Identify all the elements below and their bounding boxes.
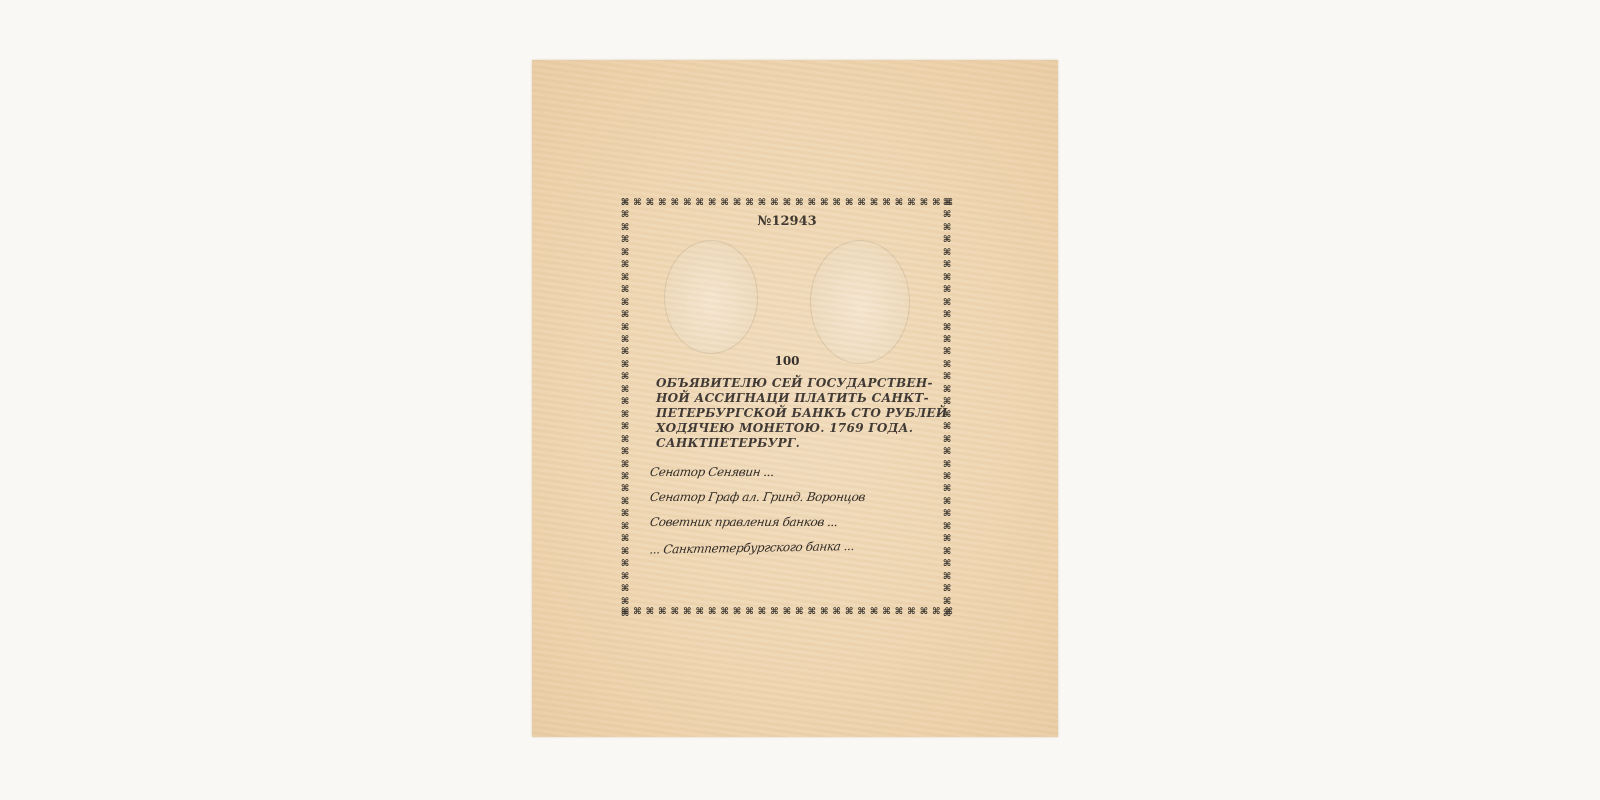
ornament-glyph: ⌘ bbox=[857, 198, 867, 208]
ornament-glyph: ⌘ bbox=[620, 210, 630, 220]
ornament-glyph: ⌘ bbox=[620, 484, 630, 494]
ornamental-frame: ⌘⌘⌘⌘⌘⌘⌘⌘⌘⌘⌘⌘⌘⌘⌘⌘⌘⌘⌘⌘⌘⌘⌘⌘⌘⌘⌘ ⌘⌘⌘⌘⌘⌘⌘⌘⌘⌘⌘⌘… bbox=[620, 198, 954, 619]
ornament-glyph: ⌘ bbox=[942, 397, 952, 407]
ornament-glyph: ⌘ bbox=[620, 497, 630, 507]
signature-line: Сенатор Сенявин ... bbox=[648, 460, 952, 485]
promissory-text: Объявителю сей государствен- ной ассигна… bbox=[656, 376, 946, 451]
ornament-glyph: ⌘ bbox=[620, 385, 630, 395]
ornament-glyph: ⌘ bbox=[794, 607, 804, 617]
ornament-glyph: ⌘ bbox=[645, 198, 655, 208]
ornament-glyph: ⌘ bbox=[944, 607, 954, 617]
frame-top-border: ⌘⌘⌘⌘⌘⌘⌘⌘⌘⌘⌘⌘⌘⌘⌘⌘⌘⌘⌘⌘⌘⌘⌘⌘⌘⌘⌘ bbox=[620, 198, 954, 210]
ornament-glyph: ⌘ bbox=[620, 559, 630, 569]
ornament-glyph: ⌘ bbox=[906, 607, 916, 617]
ornament-glyph: ⌘ bbox=[807, 607, 817, 617]
ornament-glyph: ⌘ bbox=[620, 609, 630, 619]
ornament-glyph: ⌘ bbox=[794, 198, 804, 208]
ornament-glyph: ⌘ bbox=[769, 198, 779, 208]
ornament-glyph: ⌘ bbox=[682, 607, 692, 617]
ornament-glyph: ⌘ bbox=[732, 607, 742, 617]
ornament-glyph: ⌘ bbox=[882, 198, 892, 208]
ornament-glyph: ⌘ bbox=[819, 198, 829, 208]
ornament-glyph: ⌘ bbox=[670, 607, 680, 617]
ornament-glyph: ⌘ bbox=[645, 607, 655, 617]
ornament-glyph: ⌘ bbox=[919, 607, 929, 617]
left-medallion-emblem bbox=[664, 240, 758, 354]
ornament-glyph: ⌘ bbox=[707, 607, 717, 617]
ornament-glyph: ⌘ bbox=[695, 198, 705, 208]
ornament-glyph: ⌘ bbox=[657, 198, 667, 208]
ornament-glyph: ⌘ bbox=[720, 607, 730, 617]
ornament-glyph: ⌘ bbox=[819, 607, 829, 617]
ornament-glyph: ⌘ bbox=[620, 422, 630, 432]
ornament-glyph: ⌘ bbox=[919, 198, 929, 208]
frame-right-border: ⌘⌘⌘⌘⌘⌘⌘⌘⌘⌘⌘⌘⌘⌘⌘⌘⌘⌘⌘⌘⌘⌘⌘⌘⌘⌘⌘⌘⌘⌘⌘⌘⌘⌘ bbox=[942, 198, 954, 619]
frame-left-border: ⌘⌘⌘⌘⌘⌘⌘⌘⌘⌘⌘⌘⌘⌘⌘⌘⌘⌘⌘⌘⌘⌘⌘⌘⌘⌘⌘⌘⌘⌘⌘⌘⌘⌘ bbox=[620, 198, 632, 619]
ornament-glyph: ⌘ bbox=[620, 509, 630, 519]
ornament-glyph: ⌘ bbox=[620, 410, 630, 420]
ornament-glyph: ⌘ bbox=[695, 607, 705, 617]
ornament-glyph: ⌘ bbox=[620, 447, 630, 457]
ornament-glyph: ⌘ bbox=[942, 248, 952, 258]
text-line: Объявителю сей государствен- bbox=[656, 376, 946, 391]
ornament-glyph: ⌘ bbox=[657, 607, 667, 617]
ornament-glyph: ⌘ bbox=[620, 372, 630, 382]
ornament-glyph: ⌘ bbox=[942, 310, 952, 320]
ornament-glyph: ⌘ bbox=[620, 522, 630, 532]
ornament-glyph: ⌘ bbox=[844, 198, 854, 208]
ornament-glyph: ⌘ bbox=[620, 435, 630, 445]
ornament-glyph: ⌘ bbox=[620, 198, 630, 208]
ornament-glyph: ⌘ bbox=[942, 534, 952, 544]
ornament-glyph: ⌘ bbox=[670, 198, 680, 208]
ornament-glyph: ⌘ bbox=[942, 447, 952, 457]
ornament-glyph: ⌘ bbox=[894, 607, 904, 617]
ornament-glyph: ⌘ bbox=[782, 607, 792, 617]
ornament-glyph: ⌘ bbox=[632, 607, 642, 617]
frame-bottom-border: ⌘⌘⌘⌘⌘⌘⌘⌘⌘⌘⌘⌘⌘⌘⌘⌘⌘⌘⌘⌘⌘⌘⌘⌘⌘⌘⌘ bbox=[620, 607, 954, 619]
ornament-glyph: ⌘ bbox=[620, 335, 630, 345]
ornament-glyph: ⌘ bbox=[942, 547, 952, 557]
ornament-glyph: ⌘ bbox=[942, 385, 952, 395]
ornament-glyph: ⌘ bbox=[620, 472, 630, 482]
ornament-glyph: ⌘ bbox=[942, 435, 952, 445]
ornament-glyph: ⌘ bbox=[620, 273, 630, 283]
ornament-glyph: ⌘ bbox=[620, 597, 630, 607]
ornament-glyph: ⌘ bbox=[620, 397, 630, 407]
banknote-paper: ⌘⌘⌘⌘⌘⌘⌘⌘⌘⌘⌘⌘⌘⌘⌘⌘⌘⌘⌘⌘⌘⌘⌘⌘⌘⌘⌘ ⌘⌘⌘⌘⌘⌘⌘⌘⌘⌘⌘⌘… bbox=[532, 60, 1058, 737]
ornament-glyph: ⌘ bbox=[620, 460, 630, 470]
ornament-glyph: ⌘ bbox=[620, 360, 630, 370]
ornament-glyph: ⌘ bbox=[942, 572, 952, 582]
serial-number: №12943 bbox=[620, 214, 954, 229]
ornament-glyph: ⌘ bbox=[882, 607, 892, 617]
ornament-glyph: ⌘ bbox=[769, 607, 779, 617]
ornament-glyph: ⌘ bbox=[620, 298, 630, 308]
ornament-glyph: ⌘ bbox=[857, 607, 867, 617]
text-line: петербургской банкъ сто рублей bbox=[656, 406, 946, 421]
right-medallion-emblem bbox=[810, 240, 910, 364]
ornament-glyph: ⌘ bbox=[942, 273, 952, 283]
ornament-glyph: ⌘ bbox=[757, 607, 767, 617]
ornament-glyph: ⌘ bbox=[620, 223, 630, 233]
signature-line: ... Санктпетербургского банка ... bbox=[648, 532, 952, 562]
ornament-glyph: ⌘ bbox=[942, 522, 952, 532]
ornament-glyph: ⌘ bbox=[942, 260, 952, 270]
ornament-glyph: ⌘ bbox=[942, 597, 952, 607]
ornament-glyph: ⌘ bbox=[931, 198, 941, 208]
ornament-glyph: ⌘ bbox=[942, 360, 952, 370]
text-line: Санктпетербург. bbox=[656, 436, 946, 451]
ornament-glyph: ⌘ bbox=[832, 198, 842, 208]
ornament-glyph: ⌘ bbox=[620, 534, 630, 544]
ornament-glyph: ⌘ bbox=[807, 198, 817, 208]
ornament-glyph: ⌘ bbox=[931, 607, 941, 617]
ornament-glyph: ⌘ bbox=[894, 198, 904, 208]
ornament-glyph: ⌘ bbox=[745, 607, 755, 617]
ornament-glyph: ⌘ bbox=[942, 235, 952, 245]
ornament-glyph: ⌘ bbox=[942, 198, 952, 208]
ornament-glyph: ⌘ bbox=[620, 347, 630, 357]
ornament-glyph: ⌘ bbox=[942, 323, 952, 333]
text-line: ходячею монетою. 1769 года. bbox=[656, 421, 946, 436]
ornament-glyph: ⌘ bbox=[620, 572, 630, 582]
ornament-glyph: ⌘ bbox=[720, 198, 730, 208]
ornament-glyph: ⌘ bbox=[620, 248, 630, 258]
ornament-glyph: ⌘ bbox=[782, 198, 792, 208]
ornament-glyph: ⌘ bbox=[942, 497, 952, 507]
ornament-glyph: ⌘ bbox=[942, 335, 952, 345]
ornament-glyph: ⌘ bbox=[942, 460, 952, 470]
ornament-glyph: ⌘ bbox=[942, 298, 952, 308]
ornament-glyph: ⌘ bbox=[620, 235, 630, 245]
ornament-glyph: ⌘ bbox=[942, 210, 952, 220]
ornament-glyph: ⌘ bbox=[745, 198, 755, 208]
signature-line: Советник правления банков ... bbox=[648, 510, 952, 535]
denomination: 100 bbox=[620, 354, 954, 368]
ornament-glyph: ⌘ bbox=[707, 198, 717, 208]
ornament-glyph: ⌘ bbox=[620, 310, 630, 320]
ornament-glyph: ⌘ bbox=[942, 285, 952, 295]
ornament-glyph: ⌘ bbox=[942, 584, 952, 594]
text-line: ной ассигнаци платить Санкт- bbox=[656, 391, 946, 406]
ornament-glyph: ⌘ bbox=[682, 198, 692, 208]
signature-line: Сенатор Граф ал. Гринд. Воронцов bbox=[648, 485, 952, 510]
ornament-glyph: ⌘ bbox=[620, 323, 630, 333]
ornament-glyph: ⌘ bbox=[942, 410, 952, 420]
ornament-glyph: ⌘ bbox=[942, 484, 952, 494]
ornament-glyph: ⌘ bbox=[844, 607, 854, 617]
ornament-glyph: ⌘ bbox=[942, 422, 952, 432]
ornament-glyph: ⌘ bbox=[632, 198, 642, 208]
ornament-glyph: ⌘ bbox=[869, 198, 879, 208]
ornament-glyph: ⌘ bbox=[942, 609, 952, 619]
ornament-glyph: ⌘ bbox=[620, 260, 630, 270]
signature-block: Сенатор Сенявин ... Сенатор Граф ал. Гри… bbox=[650, 460, 950, 560]
ornament-glyph: ⌘ bbox=[620, 285, 630, 295]
ornament-glyph: ⌘ bbox=[942, 223, 952, 233]
ornament-glyph: ⌘ bbox=[869, 607, 879, 617]
ornament-glyph: ⌘ bbox=[620, 547, 630, 557]
ornament-glyph: ⌘ bbox=[942, 472, 952, 482]
ornament-glyph: ⌘ bbox=[732, 198, 742, 208]
ornament-glyph: ⌘ bbox=[620, 607, 630, 617]
ornament-glyph: ⌘ bbox=[620, 198, 630, 208]
ornament-glyph: ⌘ bbox=[944, 198, 954, 208]
ornament-glyph: ⌘ bbox=[942, 372, 952, 382]
ornament-glyph: ⌘ bbox=[942, 347, 952, 357]
ornament-glyph: ⌘ bbox=[942, 559, 952, 569]
ornament-glyph: ⌘ bbox=[757, 198, 767, 208]
ornament-glyph: ⌘ bbox=[832, 607, 842, 617]
ornament-glyph: ⌘ bbox=[906, 198, 916, 208]
ornament-glyph: ⌘ bbox=[620, 584, 630, 594]
ornament-glyph: ⌘ bbox=[942, 509, 952, 519]
